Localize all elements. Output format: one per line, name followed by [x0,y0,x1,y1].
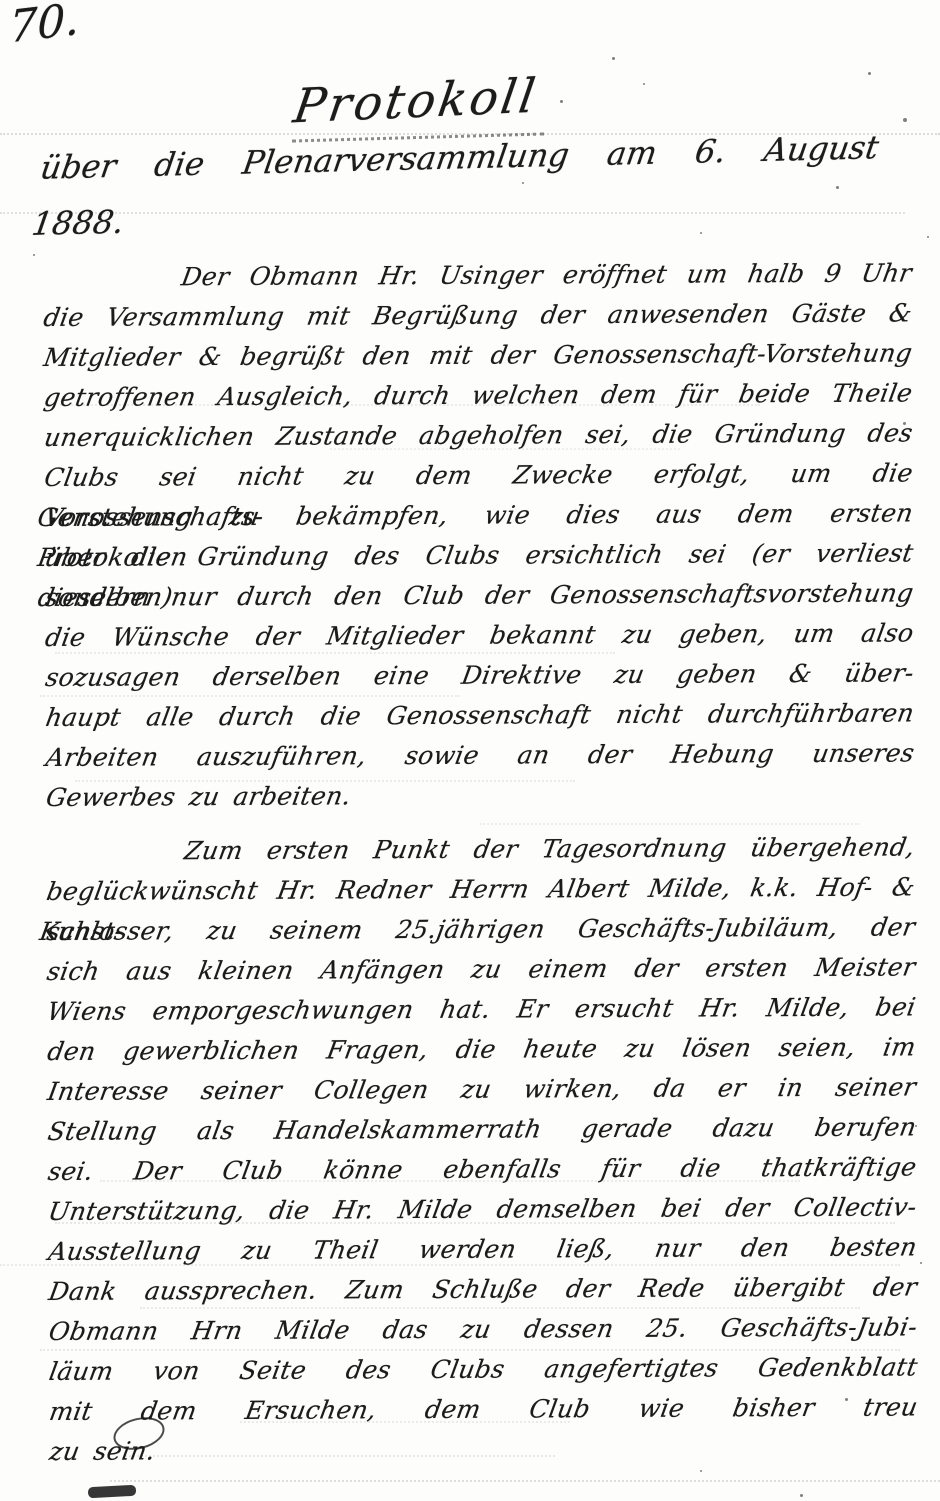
handwritten-line: Obmann Hrn Milde das zu dessen 25. Gesch… [46,1307,921,1352]
handwritten-line: haupt alle durch die Genossenschaft nich… [43,693,918,738]
document-body: Der Obmann Hr. Usinger eröffnet um halb … [40,253,914,1472]
handwritten-line: sich aus kleinen Anfängen zu einem der e… [44,947,919,992]
scan-speckle [33,254,35,256]
handwritten-line: Mitglieder & begrüßt den mit der Genosse… [41,333,916,378]
handwritten-line: Unterstützung, die Hr. Milde demselben b… [45,1187,920,1232]
scan-speckle [800,1494,803,1497]
document-subtitle: über die Plenarversammlung am 6. August … [28,119,883,252]
handwritten-line: die Wünsche der Mitglieder bekannt zu ge… [42,613,917,658]
handwritten-line: sei. Der Club könne ebenfalls für die th… [45,1147,920,1192]
page-number: 70. [9,0,79,53]
feint-line [110,1480,940,1482]
handwritten-line: Interesse seiner Collegen zu wirken, da … [44,1067,919,1112]
handwritten-line: zu sein. [46,1427,921,1472]
handwritten-line: mit dem Ersuchen, dem Club wie bisher tr… [46,1387,921,1432]
scan-speckle [920,1262,922,1264]
handwritten-line: Ausstellung zu Theil werden ließ, nur de… [45,1227,920,1272]
scanned-document-page: 70. Protokoll über die Plenarversammlung… [0,0,940,1501]
scan-speckle [700,1470,702,1472]
handwritten-line: über die Gründung des Clubs ersichtlich … [42,533,917,578]
handwritten-line: getroffenen Ausgleich, durch welchen dem… [41,373,916,418]
paragraph-2: Zum ersten Punkt der Tagesordnung überge… [43,827,914,1472]
document-title: Protokoll [0,74,832,129]
handwritten-line: schlosser, zu seinem 25.jährigen Geschäf… [44,907,919,952]
handwritten-line: läum von Seite des Clubs angefertigtes G… [46,1347,921,1392]
handwritten-line: sondern nur durch den Club der Genossens… [42,573,917,618]
handwritten-line: beglückwünscht Hr. Redner Herrn Albert M… [43,867,918,912]
title-text: Protokoll [290,68,541,134]
handwritten-line: Stellung als Handelskammerrath gerade da… [45,1107,920,1152]
handwritten-line: die Versammlung mit Begrüßung der anwese… [40,293,915,338]
scan-speckle [927,236,929,238]
handwritten-line: Arbeiten auszuführen, sowie an der Hebun… [43,733,918,778]
paragraph-1: Der Obmann Hr. Usinger eröffnet um halb … [40,253,911,818]
handwritten-line: Vorstehung zu bekämpfen, wie dies aus de… [41,493,916,538]
handwritten-line: Dank aussprechen. Zum Schluße der Rede ü… [46,1267,921,1312]
handwritten-line: Der Obmann Hr. Usinger eröffnet um halb … [40,253,915,298]
handwritten-line: Clubs sei nicht zu dem Zwecke erfolgt, u… [41,453,916,498]
scan-speckle [612,57,615,60]
scan-speckle [903,118,907,122]
handwritten-line: unerquicklichen Zustande abgeholfen sei,… [41,413,916,458]
scan-edge-smudge [88,1485,137,1498]
scan-speckle [868,72,871,75]
handwritten-line: Zum ersten Punkt der Tagesordnung überge… [43,827,918,872]
handwritten-line: Gewerbes zu arbeiten. [43,773,918,818]
handwritten-line: sozusagen derselben eine Direktive zu ge… [42,653,917,698]
handwritten-line: Wiens emporgeschwungen hat. Er ersucht H… [44,987,919,1032]
handwritten-line: den gewerblichen Fragen, die heute zu lö… [44,1027,919,1072]
